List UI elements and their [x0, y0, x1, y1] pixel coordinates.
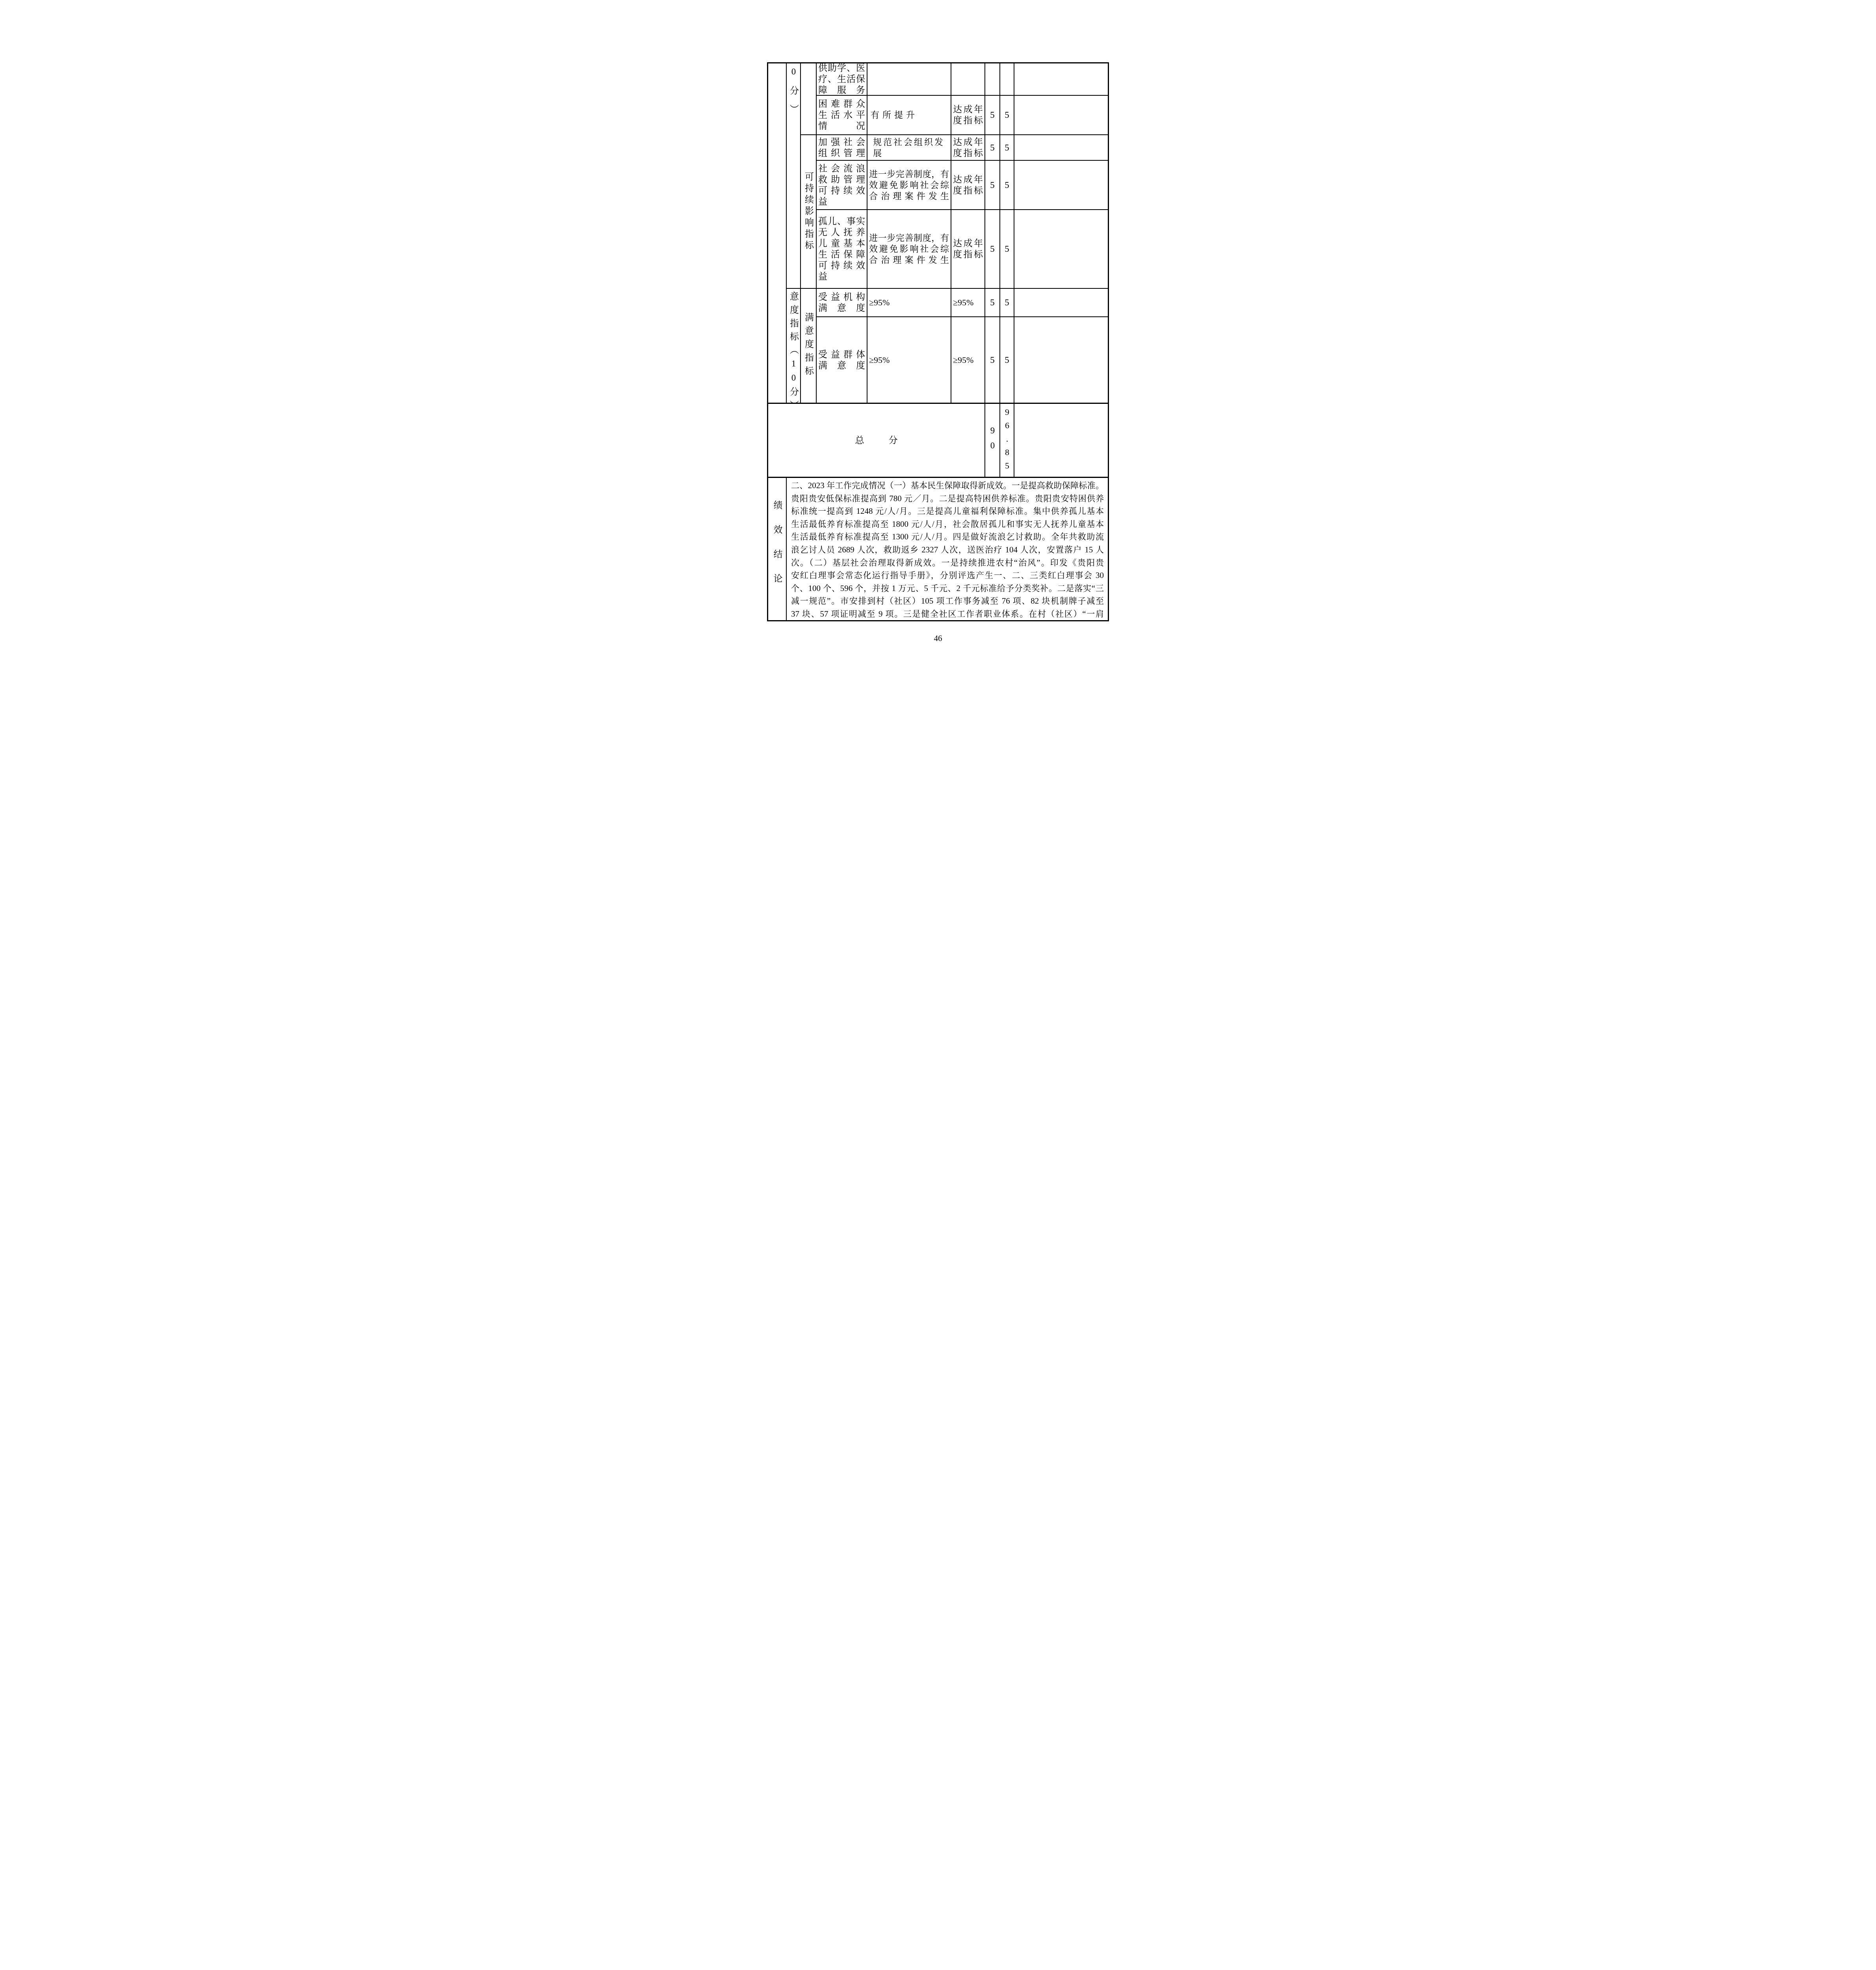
conclusion-label-cell: 绩效结论 — [768, 478, 787, 620]
total-score-label-cell: 总分 — [768, 404, 985, 478]
score-full-row4: 5 — [985, 161, 1000, 210]
indicator-name-text: 受益机构 满意度 — [817, 291, 867, 314]
indicator-name-text: 加强社会 组织管理 — [817, 136, 867, 159]
indicator-name-row2: 困难群众 生活水平 情况 — [817, 96, 867, 135]
conclusion-line: 个、100 个、596 个，并按 1 万元、5 千元、2 千元标准给予分类奖补。… — [791, 582, 1104, 595]
comment-row5 — [1014, 210, 1108, 289]
comment-row3 — [1014, 135, 1108, 161]
satisfaction-sub-header-text: 满意度指标 — [803, 312, 814, 379]
indicator-name-text: 社会流浪 救助管理 可持续效 益 — [817, 163, 867, 208]
indicator-name-row4: 社会流浪 救助管理 可持续效 益 — [817, 161, 867, 210]
indicator-achieved-row4: 达成年 度指标 — [951, 161, 985, 210]
indicator-achieved-text: 达成年 度指标 — [951, 136, 984, 159]
comment-row7 — [1014, 317, 1108, 404]
score-actual-text: 5 — [1000, 109, 1014, 121]
sustain-impact-header-text: 可持续影响指标 — [803, 172, 814, 252]
score-full-row6: 5 — [985, 289, 1000, 317]
score-full-row2: 5 — [985, 96, 1000, 135]
score-full-text: 5 — [985, 109, 999, 121]
indicator-target-text: 进一步完善制度，有 效避免影响社会综 合治理案件发生 — [867, 232, 951, 266]
col3-prev-section-empty — [801, 63, 817, 135]
score-full-text: 5 — [985, 297, 999, 309]
score-actual-text: 5 — [1000, 354, 1014, 366]
score-full-text: 5 — [985, 142, 999, 154]
indicator-target-row6: ≥95% — [867, 289, 951, 317]
indicator-name-text: 困难群众 生活水平 情况 — [817, 98, 867, 132]
score-actual-text: 5 — [1000, 179, 1014, 191]
satisfaction-group-header-cell: 满意度指标（10分） — [787, 289, 801, 404]
indicator-achieved-text: ≥95% — [951, 297, 984, 309]
comment-row2 — [1014, 96, 1108, 135]
indicator-target-text: 有所提升 — [867, 109, 951, 121]
score-actual-row5: 5 — [1000, 210, 1014, 289]
indicator-target-text: 规范社会组织发展 — [867, 136, 951, 159]
sustain-impact-header-cell: 可持续影响指标 — [801, 135, 817, 289]
conclusion-line: 浪乞讨人员 2689 人次，救助返乡 2327 人次，送医治疗 104 人次，安… — [791, 543, 1104, 556]
indicator-name-row3: 加强社会 组织管理 — [817, 135, 867, 161]
total-score-actual-cell: 96.85 — [1000, 404, 1014, 478]
score-actual-text: 5 — [1000, 142, 1014, 154]
score-full-text: 5 — [985, 179, 999, 191]
conclusion-line: 37 块、57 项证明减至 9 项。三是健全社区工作者职业体系。在村（社区）“一… — [791, 608, 1104, 620]
comment-row1 — [1014, 63, 1108, 96]
comment-row4 — [1014, 161, 1108, 210]
indicator-name-row6: 受益机构 满意度 — [817, 289, 867, 317]
indicator-target-row3: 规范社会组织发展 — [867, 135, 951, 161]
indicator-target-text: ≥95% — [867, 297, 951, 309]
indicator-name-text: 孤儿、事实 无人抚养 儿童基本 生活保障 可持续效 益 — [817, 216, 867, 282]
satisfaction-group-header-text: 满意度指标（10分） — [788, 289, 799, 404]
indicator-name-text: 供助学、医 疗、生活保 障服务 — [817, 63, 867, 96]
indicator-achieved-row6: ≥95% — [951, 289, 985, 317]
conclusion-line: 标准统一提高到 1248 元/人/月。三是提高儿童福利保障标准。集中供养孤儿基本 — [791, 505, 1104, 518]
score-actual-text: 5 — [1000, 243, 1014, 255]
conclusion-body-cell: 二、2023 年工作完成情况（一）基本民生保障取得新成效。一是提高救助保障标准。… — [787, 478, 1108, 620]
indicator-name-text: 受益群体 满意度 — [817, 349, 867, 372]
score-full-row3: 5 — [985, 135, 1000, 161]
score-full-row1 — [985, 63, 1000, 96]
comment-row6 — [1014, 289, 1108, 317]
conclusion-line: 生活最低养育标准提高至 1800 元/人/月，社会散居孤儿和事实无人抚养儿童基本 — [791, 518, 1104, 531]
indicator-name-row5: 孤儿、事实 无人抚养 儿童基本 生活保障 可持续效 益 — [817, 210, 867, 289]
score-actual-row2: 5 — [1000, 96, 1014, 135]
conclusion-line: 生活最低养育标准提高至 1300 元/人/月。四是做好流浪乞讨救助。全年共救助流 — [791, 530, 1104, 543]
total-comment-cell — [1014, 404, 1108, 478]
indicator-target-text: ≥95% — [867, 354, 951, 366]
score-actual-row4: 5 — [1000, 161, 1014, 210]
indicator-achieved-row3: 达成年 度指标 — [951, 135, 985, 161]
indicator-target-row4: 进一步完善制度，有 效避免影响社会综 合治理案件发生 — [867, 161, 951, 210]
conclusion-line: 二、2023 年工作完成情况（一）基本民生保障取得新成效。一是提高救助保障标准。 — [791, 479, 1104, 492]
score-actual-row6: 5 — [1000, 289, 1014, 317]
score-full-text: 5 — [985, 354, 999, 366]
indicator-achieved-row5: 达成年 度指标 — [951, 210, 985, 289]
indicator-achieved-text: ≥95% — [951, 354, 984, 366]
total-score-full-cell: 90 — [985, 404, 1000, 478]
score-actual-row7: 5 — [1000, 317, 1014, 404]
page-number: 46 — [704, 634, 1172, 643]
indicator-target-row5: 进一步完善制度，有 效避免影响社会综 合治理案件发生 — [867, 210, 951, 289]
indicator-achieved-text: 达成年 度指标 — [951, 174, 984, 197]
total-score-full-text: 90 — [987, 426, 998, 455]
score-actual-text: 5 — [1000, 297, 1014, 309]
indicator-target-text: 进一步完善制度，有 效避免影响社会综 合治理案件发生 — [867, 168, 951, 202]
document-page: 0分） 可持续影响指标 满意度指标（10分） 满意度指标 供助学、医 疗、生活保… — [704, 0, 1172, 663]
indicator-name-row1: 供助学、医 疗、生活保 障服务 — [817, 63, 867, 96]
indicator-target-row1 — [867, 63, 951, 96]
conclusion-line: 次。（二）基层社会治理取得新成效。一是持续推进农村“治风”。印发《贵阳贵 — [791, 556, 1104, 569]
score-full-row5: 5 — [985, 210, 1000, 289]
score-header-remnant-text: 0分） — [788, 67, 799, 123]
conclusion-label-text: 绩效结论 — [772, 500, 783, 598]
total-score-label-text: 总分 — [768, 435, 984, 446]
satisfaction-sub-header-cell: 满意度指标 — [801, 289, 817, 404]
conclusion-line: 贵阳贵安低保标准提高到 780 元／月。二是提高特困供养标准。贵阳贵安特困供养 — [791, 492, 1104, 505]
conclusion-line: 减一规范”。市安排到村（社区）105 项工作事务减至 76 项、82 块机制牌子… — [791, 595, 1104, 608]
conclusion-line: 安红白理事会常态化运行指导手册》，分别评选产生一、二、三类红白理事会 30 — [791, 569, 1104, 582]
indicator-achieved-row7: ≥95% — [951, 317, 985, 404]
indicator-target-row7: ≥95% — [867, 317, 951, 404]
col1-empty-span — [768, 63, 787, 404]
indicator-target-row2: 有所提升 — [867, 96, 951, 135]
performance-evaluation-table: 0分） 可持续影响指标 满意度指标（10分） 满意度指标 供助学、医 疗、生活保… — [767, 62, 1109, 621]
score-header-remnant-cell: 0分） — [787, 63, 801, 289]
indicator-achieved-text: 达成年 度指标 — [951, 238, 984, 260]
score-actual-row1 — [1000, 63, 1014, 96]
total-score-actual-text: 96.85 — [1001, 407, 1012, 474]
indicator-achieved-row2: 达成年 度指标 — [951, 96, 985, 135]
score-full-text: 5 — [985, 243, 999, 255]
indicator-achieved-text: 达成年 度指标 — [951, 104, 984, 126]
score-actual-row3: 5 — [1000, 135, 1014, 161]
indicator-achieved-row1 — [951, 63, 985, 96]
score-full-row7: 5 — [985, 317, 1000, 404]
indicator-name-row7: 受益群体 满意度 — [817, 317, 867, 404]
